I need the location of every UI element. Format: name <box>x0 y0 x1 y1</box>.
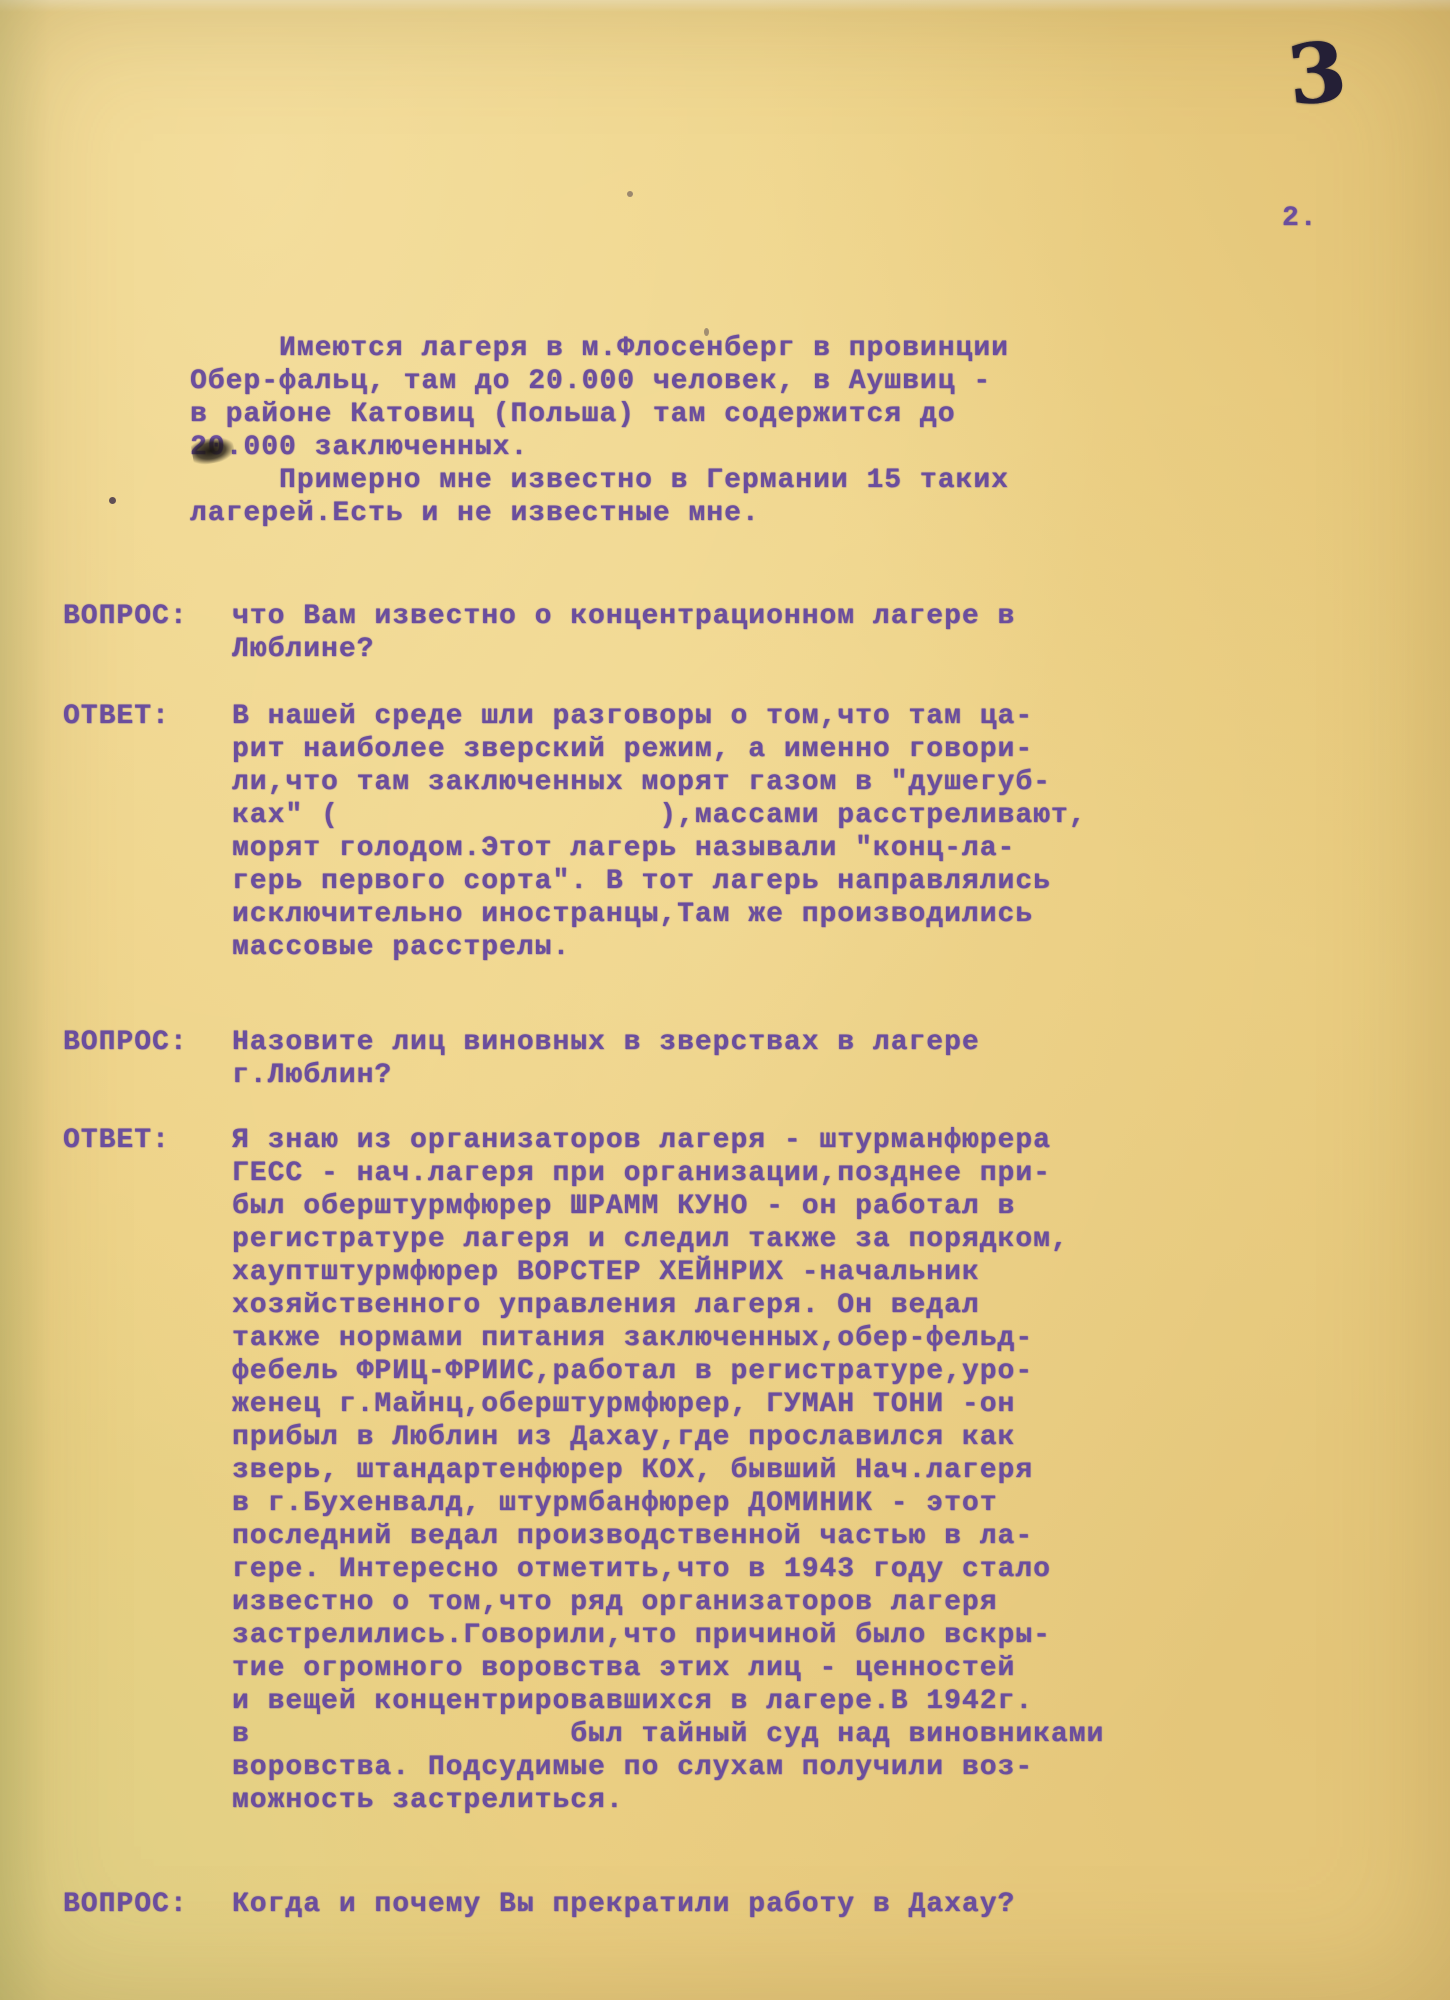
handwritten-page-mark: 3 <box>1283 23 1350 124</box>
testimony-opening-paragraphs: Имеются лагеря в м.Флосенберг в провинци… <box>190 332 1009 530</box>
answer-text: В нашей среде шли разговоры о том,что та… <box>232 700 1087 964</box>
scanned-document-page: 3 2. Имеются лагеря в м.Флосенберг в про… <box>0 0 1450 2000</box>
question-text: что Вам известно о концентрационном лаге… <box>232 600 1015 666</box>
question-label: ВОПРОС: <box>63 1026 253 1059</box>
answer-text: Я знаю из организаторов лагеря - штурман… <box>232 1124 1104 1817</box>
question-text: Когда и почему Вы прекратили работу в Да… <box>232 1888 1015 1921</box>
ink-speck <box>109 497 116 504</box>
question-label: ВОПРОС: <box>63 600 253 633</box>
ink-speck <box>627 191 633 197</box>
answer-label: ОТВЕТ: <box>63 1124 253 1157</box>
answer-label: ОТВЕТ: <box>63 700 253 733</box>
question-label: ВОПРОС: <box>63 1888 253 1921</box>
ink-speck <box>704 328 709 336</box>
question-text: Назовите лиц виновных в зверствах в лаге… <box>232 1026 980 1092</box>
page-number: 2. <box>1282 202 1318 235</box>
